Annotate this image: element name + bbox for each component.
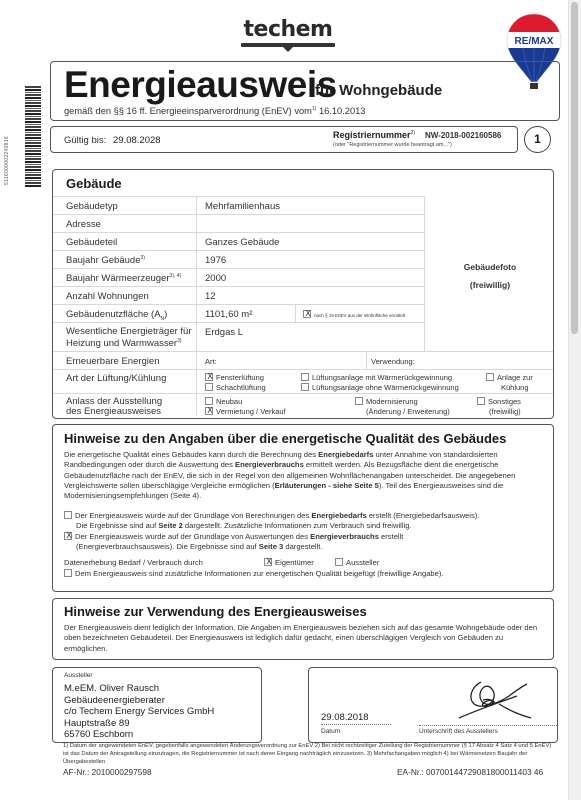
- registration-label: Registriernummer2): [333, 130, 415, 140]
- barcode: [25, 86, 41, 188]
- quality-hints-title: Hinweise zu den Angaben über die energet…: [64, 431, 506, 446]
- issuer-address: M.eEM. Oliver Rausch Gebäudeenergieberat…: [64, 683, 214, 741]
- quality-hints-text: Die energetische Qualität eines Gebäudes…: [64, 450, 544, 501]
- row-heater-year: Baujahr Wärmeerzeuger3), 4) 2000: [53, 268, 424, 286]
- area-method-note: nach § 19 EnEV aus der Wohnfläche ermitt…: [303, 310, 405, 318]
- row-building-part: Gebäudeteil Ganzes Gebäude: [53, 232, 424, 250]
- vent-option-without-recovery[interactable]: Lüftungsanlage ohne Wärmerückgewinnung: [301, 383, 459, 392]
- issuer-label: Aussteller: [64, 672, 93, 679]
- building-section: Gebäude Gebäudetyp Mehrfamilienhaus Adre…: [52, 169, 554, 419]
- document-title: Energieausweis: [64, 65, 337, 105]
- signature-line: [419, 725, 557, 726]
- validity-box: Gültig bis: 29.08.2028 Registriernummer2…: [50, 126, 518, 153]
- extra-info-option[interactable]: Dem Energieausweis sind zusätzliche Info…: [64, 569, 444, 579]
- row-address: Adresse: [53, 214, 424, 232]
- ea-number: EA-Nr.: 00700144729081800011403 46: [397, 767, 543, 777]
- scrollbar-thumb[interactable]: [571, 2, 578, 334]
- survey-owner-option[interactable]: Eigentümer: [264, 558, 314, 568]
- book-icon: [238, 43, 338, 51]
- row-occasion: Anlass der Ausstellungdes Energieausweis…: [53, 393, 553, 418]
- occasion-option-modernisation[interactable]: Modernisierung: [355, 397, 418, 406]
- photo-placeholder-label: Gebäudefoto: [425, 262, 555, 272]
- vent-option-shaft[interactable]: Schachtlüftung: [205, 383, 266, 392]
- signature-label: Unterschrift des Ausstellers: [419, 728, 498, 735]
- title-box: Energieausweis für Wohngebäude gemäß den…: [50, 61, 560, 121]
- issuer-box: Aussteller M.eEM. Oliver Rausch Gebäudee…: [52, 667, 262, 743]
- occasion-option-other[interactable]: Sonstiges: [477, 397, 521, 406]
- techem-logo: techem: [238, 18, 338, 51]
- svg-text:RE/MAX: RE/MAX: [515, 36, 554, 47]
- signature-box: 29.08.2018 Datum Unterschrift des Ausste…: [308, 667, 558, 743]
- document-page: techem RE/MAX 5116000002240816 Energieau…: [0, 0, 568, 800]
- row-ventilation: Art der Lüftung/Kühlung Fensterlüftung S…: [53, 369, 553, 393]
- photo-divider: [424, 196, 425, 351]
- data-survey-label: Datenerhebung Bedarf / Verbrauch durch: [64, 558, 203, 568]
- occasion-option-rent-sale[interactable]: Vermietung / Verkauf: [205, 407, 286, 416]
- registration-number: NW-2018-002160586: [425, 131, 501, 140]
- row-building-type: Gebäudetyp Mehrfamilienhaus: [53, 196, 424, 214]
- registration-note: (oder "Registriernummer wurde beantragt …: [333, 142, 452, 148]
- survey-issuer-option[interactable]: Aussteller: [335, 558, 379, 568]
- option-consumption-certificate[interactable]: Der Energieausweis wurde auf der Grundla…: [64, 532, 403, 552]
- option-demand-certificate[interactable]: Der Energieausweis wurde auf der Grundla…: [64, 511, 479, 531]
- document-subtitle: für Wohngebäude: [315, 82, 442, 99]
- valid-until-value: 29.08.2028: [113, 135, 161, 146]
- law-reference: gemäß den §§ 16 ff. Energieeinsparverord…: [64, 106, 365, 116]
- row-apartments: Anzahl Wohnungen 12: [53, 286, 424, 304]
- row-usable-area: Gebäudenutzfläche (AN) 1101,60 m² nach §…: [53, 304, 424, 322]
- barcode-number: 5116000002240816: [4, 105, 14, 185]
- building-section-title: Gebäude: [66, 176, 122, 191]
- vertical-scrollbar[interactable]: [568, 0, 581, 800]
- quality-hints-section: Hinweise zu den Angaben über die energet…: [52, 424, 554, 592]
- date-label: Datum: [321, 728, 340, 735]
- af-number: AF-Nr.: 2010000297598: [63, 767, 152, 777]
- usage-hints-section: Hinweise zur Verwendung des Energieauswe…: [52, 598, 554, 660]
- row-renewable: Erneuerbare Energien Art: Verwendung:: [53, 351, 553, 369]
- area-method-checkbox[interactable]: [303, 310, 311, 318]
- vent-option-cooling[interactable]: Anlage zur: [486, 373, 533, 382]
- signature-image: [439, 674, 539, 726]
- vent-option-window[interactable]: Fensterlüftung: [205, 373, 264, 382]
- usage-hints-text: Der Energieausweis dient lediglich der I…: [64, 623, 544, 654]
- row-energy-carriers: Wesentliche Energieträger fürHeizung und…: [53, 322, 424, 351]
- occasion-option-new[interactable]: Neubau: [205, 397, 242, 406]
- page-number-badge: 1: [524, 126, 551, 153]
- usage-hints-title: Hinweise zur Verwendung des Energieauswe…: [64, 604, 367, 619]
- issue-date: 29.08.2018: [321, 712, 391, 725]
- row-year-built: Baujahr Gebäude3) 1976: [53, 250, 424, 268]
- valid-until-label: Gültig bis:: [64, 135, 106, 146]
- footnotes: 1) Datum der angewendeten EnEV, gegebenf…: [63, 742, 553, 766]
- photo-placeholder-note: (freiwillig): [425, 280, 555, 290]
- vent-option-with-recovery[interactable]: Lüftungsanlage mit Wärmerückgewinnung: [301, 373, 452, 382]
